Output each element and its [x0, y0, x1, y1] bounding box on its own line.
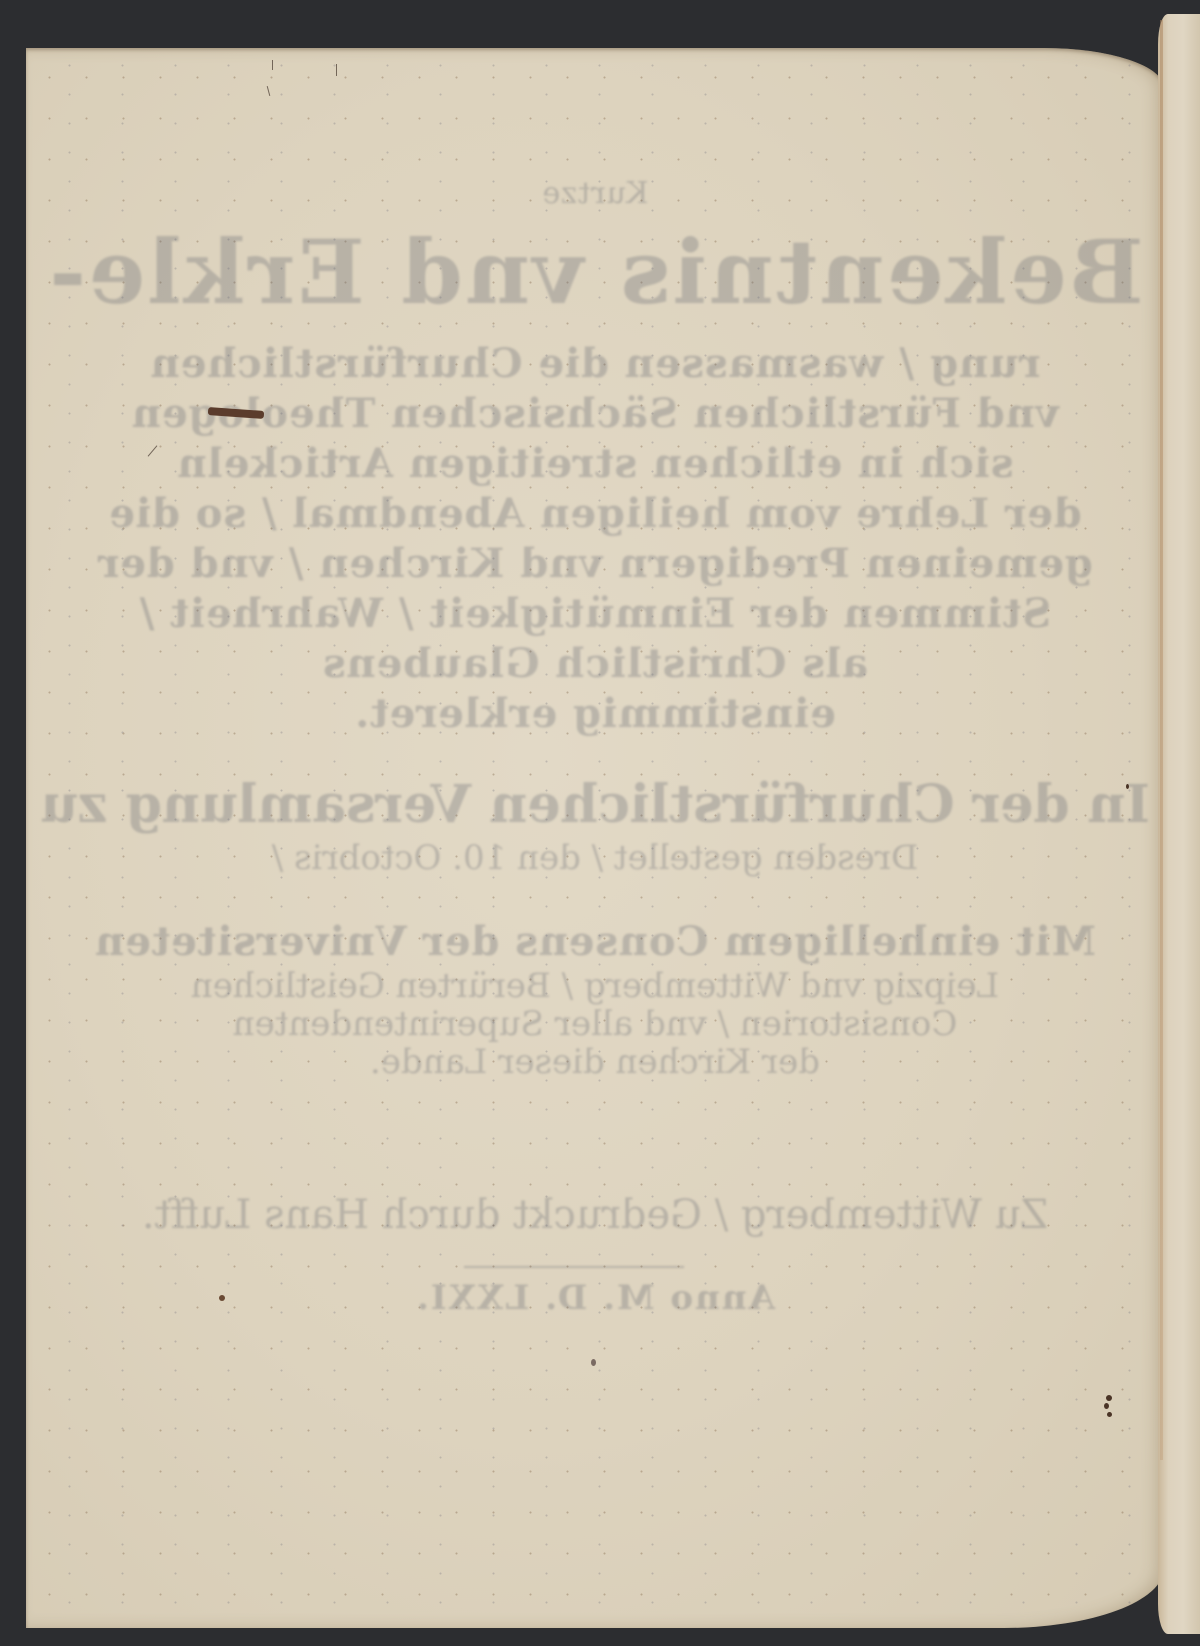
showthrough-imprint: Zu Wittemberg / Gedruckt durch Hans Luff…: [26, 1192, 1164, 1238]
paper-spot: [591, 1359, 596, 1366]
showthrough-text-block: Kurtze Bekentnis vnd Erkle- rung / wasma…: [26, 48, 1164, 1628]
showthrough-line: vnd Fürstlichen Sächsischen Theologen: [26, 390, 1164, 437]
paper-spot: [1126, 784, 1129, 789]
showthrough-line: rung / wasmassen die Churfürstlichen: [26, 340, 1164, 387]
showthrough-line: Mit einhelligem Consens der Vniversitete…: [26, 918, 1164, 965]
showthrough-line: Dresden gestellet / den 10. Octobris /: [26, 838, 1164, 878]
paper-fiber: [272, 60, 273, 70]
showthrough-section-heading: In der Churfürstlichen Versamlung zu: [26, 774, 1164, 835]
showthrough-line: Kurtze: [26, 176, 1164, 211]
book-gutter: [1158, 14, 1200, 1634]
showthrough-year: Anno M. D. LXXI.: [26, 1278, 1164, 1318]
lower-right-ink-mark: [1106, 1395, 1112, 1401]
showthrough-title: Bekentnis vnd Erkle-: [26, 220, 1164, 324]
showthrough-line: der Kirchen dieser Lande.: [26, 1042, 1164, 1082]
imprint-rule: [464, 1266, 684, 1268]
showthrough-line: der Lehre vom heiligen Abendmal / so die: [26, 490, 1164, 537]
showthrough-line: als Christlich Glaubens: [26, 640, 1164, 687]
showthrough-line: Leipzig vnd Wittemberg / Berürten Geistl…: [26, 966, 1164, 1006]
lower-right-ink-mark: [1107, 1412, 1112, 1417]
showthrough-line: sich in etlichen streitigen Artickeln: [26, 440, 1164, 487]
paper-spot: [219, 1295, 225, 1301]
showthrough-line: Stimmen der Einmütigkeit / Wahrheit /: [26, 590, 1164, 637]
paper-fiber: [336, 64, 337, 76]
showthrough-line: einstimmig erkleret.: [26, 690, 1164, 737]
showthrough-line: gemeinen Predigern vnd Kirchen / vnd der: [26, 540, 1164, 587]
lower-right-ink-mark: [1104, 1403, 1109, 1409]
showthrough-line: Consistorien / vnd aller Superintendente…: [26, 1004, 1164, 1044]
